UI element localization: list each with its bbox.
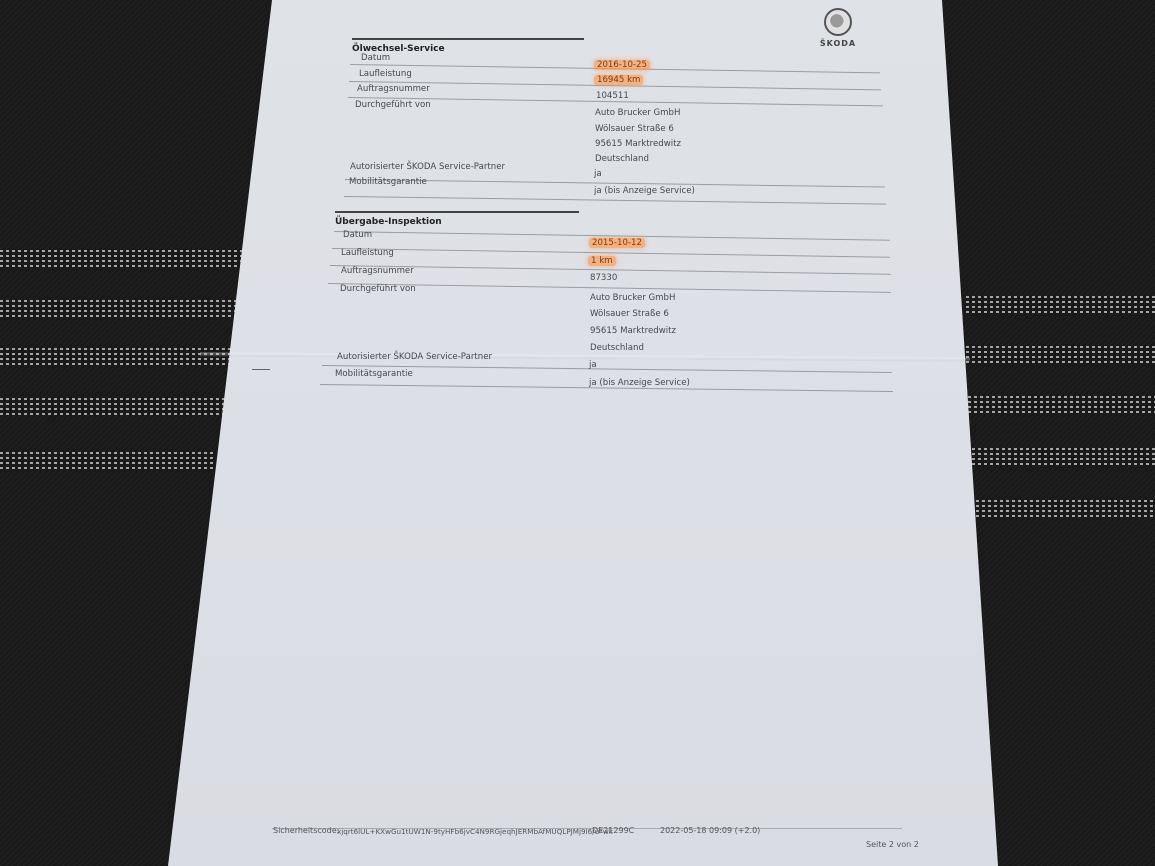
value-dealer-name: Auto Brucker GmbH xyxy=(590,293,675,303)
value-datum: 2016-10-25 xyxy=(594,60,650,70)
value-dealer-street: Wölsauer Straße 6 xyxy=(595,124,674,134)
document-id: DE21299C xyxy=(592,826,634,835)
label-auftragsnummer: Auftragsnummer xyxy=(341,266,414,276)
seat-stripe xyxy=(966,346,1155,366)
value-datum: 2015-10-12 xyxy=(589,238,645,248)
section-title: Übergabe-Inspektion xyxy=(335,211,579,227)
document-timestamp: 2022-05-18 09:09 (+2.0) xyxy=(660,826,760,835)
value-auftragsnummer: 104511 xyxy=(596,91,629,101)
page-number: Seite 2 von 2 xyxy=(866,840,919,849)
brand-name: ŠKODA xyxy=(816,39,860,48)
label-mobilitaetsgarantie: Mobilitätsgarantie xyxy=(335,369,413,379)
label-autorisierter-partner: Autorisierter ŠKODA Service-Partner xyxy=(350,162,505,172)
seat-stripe xyxy=(0,348,232,368)
value-laufleistung: 16945 km xyxy=(594,75,643,85)
label-datum: Datum xyxy=(343,230,372,240)
label-laufleistung: Laufleistung xyxy=(341,248,394,258)
seat-stripe xyxy=(968,396,1155,416)
seat-stripe xyxy=(0,398,225,418)
value-autorisierter-partner: ja xyxy=(594,169,602,179)
value-auftragsnummer: 87330 xyxy=(590,273,617,283)
value-dealer-country: Deutschland xyxy=(595,154,649,164)
value-mobilitaetsgarantie: ja (bis Anzeige Service) xyxy=(594,186,695,196)
seat-stripe xyxy=(976,500,1155,520)
seat-stripe xyxy=(0,452,216,472)
value-dealer-street: Wölsauer Straße 6 xyxy=(590,309,669,319)
label-laufleistung: Laufleistung xyxy=(359,69,412,79)
fold-mark xyxy=(252,369,270,370)
value-autorisierter-partner: ja xyxy=(589,360,597,370)
label-datum: Datum xyxy=(361,53,390,63)
label-autorisierter-partner: Autorisierter ŠKODA Service-Partner xyxy=(337,352,492,362)
skoda-logo-icon xyxy=(824,8,852,36)
value-mobilitaetsgarantie: ja (bis Anzeige Service) xyxy=(589,378,690,388)
value-dealer-city: 95615 Marktredwitz xyxy=(595,139,681,149)
seat-stripe xyxy=(0,250,245,270)
value-laufleistung: 1 km xyxy=(588,256,616,266)
label-durchgefuehrt-von: Durchgeführt von xyxy=(340,284,416,294)
section-title: Ölwechsel-Service xyxy=(352,38,584,54)
value-dealer-city: 95615 Marktredwitz xyxy=(590,326,676,336)
security-code: xjqrt6lUL+KXwGu1tUW1N-9tyHFb6jvC4N9RGjeq… xyxy=(337,827,613,836)
value-dealer-country: Deutschland xyxy=(590,343,644,353)
label-auftragsnummer: Auftragsnummer xyxy=(357,84,430,94)
label-durchgefuehrt-von: Durchgeführt von xyxy=(355,100,431,110)
seat-stripe xyxy=(972,448,1155,468)
skoda-logo: ŠKODA xyxy=(816,8,860,48)
value-dealer-name: Auto Brucker GmbH xyxy=(595,108,680,118)
seat-stripe xyxy=(966,296,1155,316)
label-mobilitaetsgarantie: Mobilitätsgarantie xyxy=(349,177,427,187)
security-code-label: Sicherheitscode: xyxy=(273,826,339,835)
seat-stripe xyxy=(0,300,240,320)
